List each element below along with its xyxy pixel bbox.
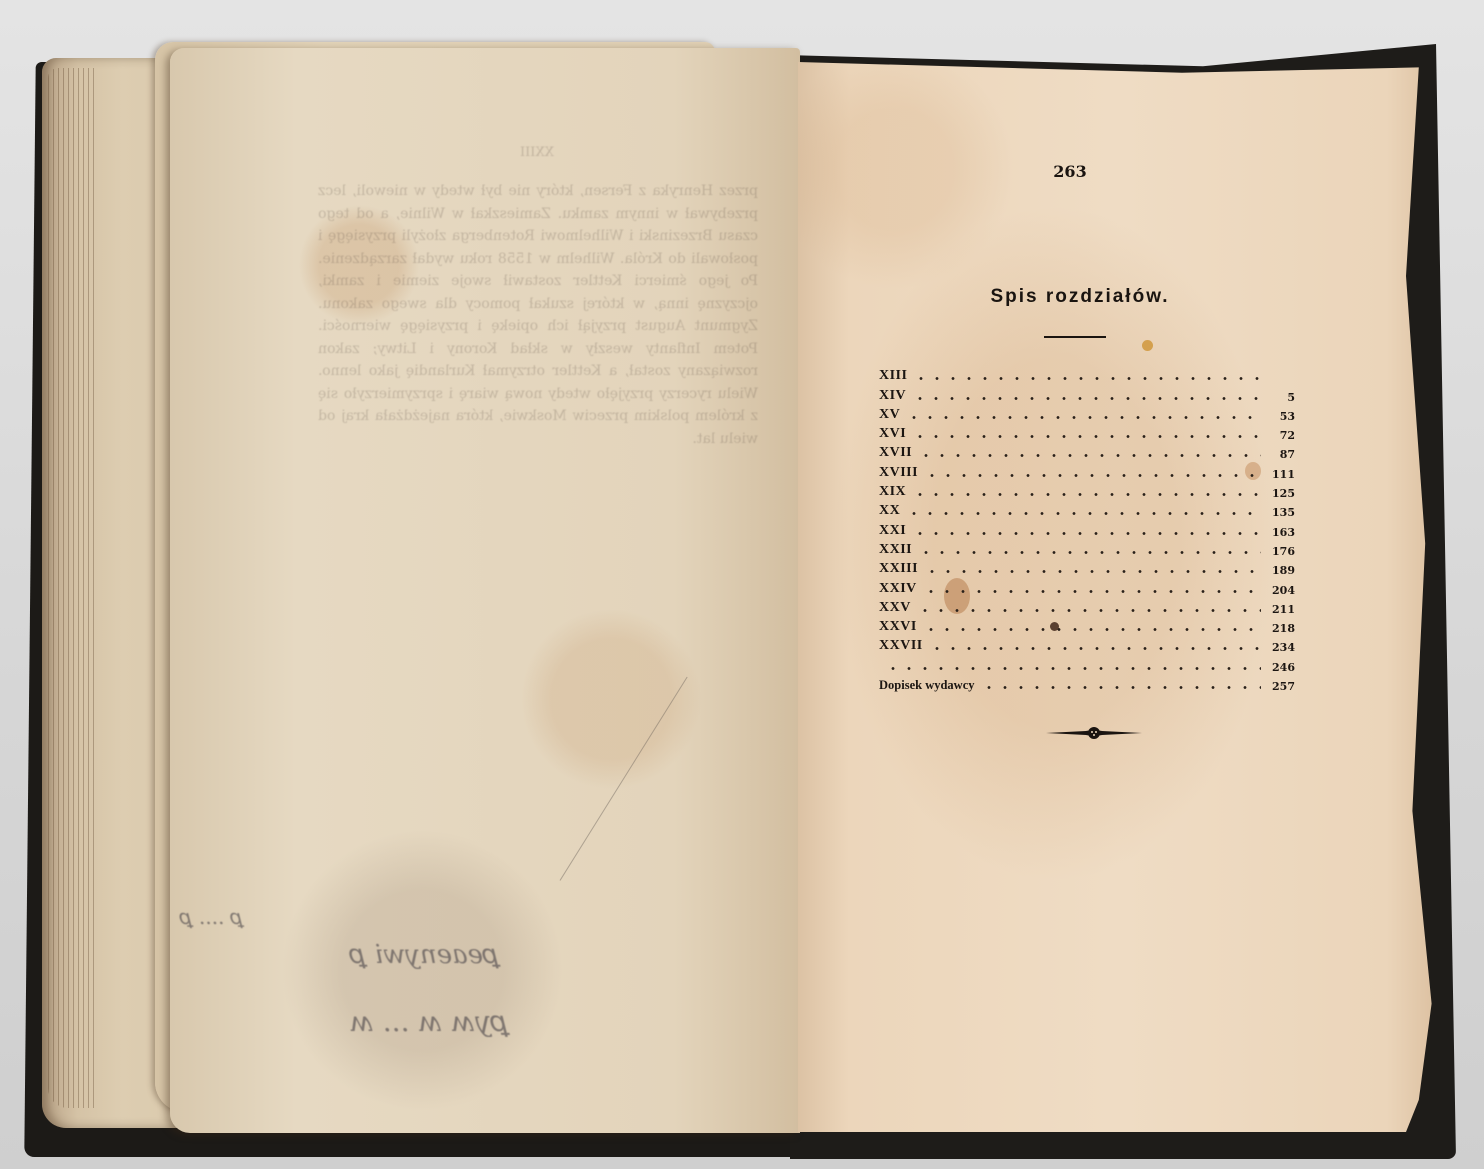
page-edges [48,68,98,1108]
page-number: 263 [1040,162,1100,181]
leader-dots [923,590,1261,593]
tailpiece-ornament-icon [1046,726,1142,740]
toc-page: 211 [1265,603,1295,616]
toc-label: Dopisek wydawcy [879,678,975,693]
toc-page: 257 [1265,680,1295,693]
toc-label: XXII [879,542,912,558]
toc-label: XVIII [879,465,918,481]
toc-label: XXI [879,523,906,539]
toc-label: XIV [879,388,906,404]
toc-page: 72 [1265,429,1295,442]
leader-dots [924,474,1261,477]
leader-dots [912,493,1261,496]
leader-dots [906,416,1261,419]
toc-label: XVI [879,426,906,442]
toc-page: 204 [1265,584,1295,597]
toc-page: 246 [1265,661,1295,674]
toc-label: XXVI [879,619,917,635]
toc-label: XVII [879,445,912,461]
toc-page: 5 [1265,391,1295,404]
leader-dots [912,435,1261,438]
toc-page: 135 [1265,506,1295,519]
toc-label: XIII [879,368,907,384]
toc-label: XXIV [879,581,917,597]
title-divider [1044,336,1106,338]
leader-dots [924,570,1261,573]
toc-page: 87 [1265,448,1295,461]
toc-page: 111 [1265,468,1295,481]
toc-label: XV [879,407,900,423]
toc-entry: 246 [879,654,1295,673]
page-title: Spis rozdziałów. [960,286,1200,308]
leader-dots [906,512,1261,515]
toc-entry: XIV5 [879,384,1295,403]
toc-entry: XX135 [879,500,1295,519]
toc-entry: XVII87 [879,442,1295,461]
leader-dots [918,454,1261,457]
leader-dots [913,377,1261,380]
handwriting-line: ꝑ .... ꝑ [180,905,244,929]
toc-page: 234 [1265,641,1295,654]
leader-dots [912,532,1261,535]
toc-page: 176 [1265,545,1295,558]
toc-page: 125 [1265,487,1295,500]
toc-entry: XVIII111 [879,461,1295,480]
toc-entry: XVI72 [879,423,1295,442]
toc-page: 189 [1265,564,1295,577]
toc-entry: XIII [879,365,1295,384]
handwriting-line: ꝑyʍ ʍ ... ʍ [350,1005,509,1038]
leader-dots [918,551,1261,554]
leader-dots [923,628,1261,631]
toc-label: XX [879,503,900,519]
stain [1142,340,1153,351]
toc-entry: XIX125 [879,481,1295,500]
handwriting-line: ꝑeaenywi ꝑ [350,940,500,970]
toc-page: 218 [1265,622,1295,635]
table-of-contents: XIII XIV5 XV53 XVI72 XVII87 XVIII111 XIX… [879,365,1295,693]
toc-entry: XXVII234 [879,635,1295,654]
toc-label: XXV [879,600,911,616]
leader-dots [912,397,1261,400]
toc-entry: Dopisek wydawcy257 [879,674,1295,693]
toc-entry: XXI163 [879,519,1295,538]
toc-label: XXVII [879,638,923,654]
toc-entry: XXII176 [879,539,1295,558]
toc-entry: XXVI218 [879,616,1295,635]
leader-dots [917,609,1261,612]
leader-dots [929,647,1261,650]
toc-page: 163 [1265,526,1295,539]
toc-label: XIX [879,484,906,500]
toc-label: XXIII [879,561,918,577]
leader-dots [981,686,1262,689]
toc-entry: XXIII189 [879,558,1295,577]
toc-entry: XV53 [879,404,1295,423]
toc-entry: XXV211 [879,597,1295,616]
bleed-through-text: przez Henryka z Fersen, który nie był wt… [318,180,758,870]
toc-entry: XXIV204 [879,577,1295,596]
leader-dots [885,667,1261,670]
bleed-through-heading: XXIII [520,145,554,160]
toc-page: 53 [1265,410,1295,423]
